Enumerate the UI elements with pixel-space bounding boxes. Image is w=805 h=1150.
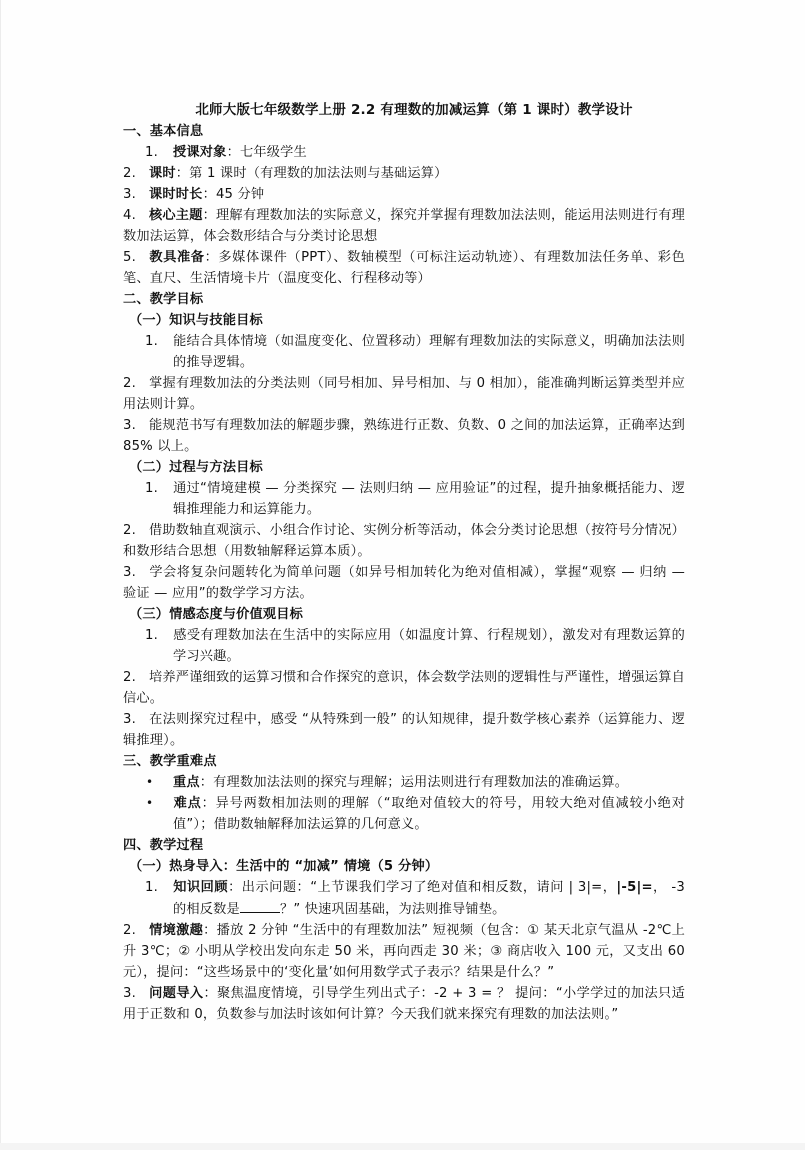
- list-item: 5.教具准备：多媒体课件（PPT）、数轴模型（可标注运动轨迹）、有理数加法任务单…: [123, 247, 685, 289]
- item-label: 难点: [173, 796, 202, 811]
- subsection-heading-knowledge-skills: （一）知识与技能目标: [123, 310, 685, 331]
- subsection-heading-warmup: （一）热身导入：生活中的 “加减” 情境（5 分钟）: [123, 856, 685, 877]
- item-label: 重点: [173, 775, 200, 790]
- section-heading-key-points: 三、教学重难点: [123, 751, 685, 772]
- list-item: 4.核心主题：理解有理数加法的实际意义，探究并掌握有理数加法法则，能运用法则进行…: [123, 205, 685, 247]
- list-item: 3.问题导入：聚焦温度情境，引导学生列出式子：-2 + 3 = ？ 提问：“小学…: [123, 983, 685, 1025]
- item-text: ：第 1 课时（有理数的加法法则与基础运算）: [176, 166, 448, 181]
- bullet-item: •重点：有理数加法法则的探究与理解；运用法则进行有理数加法的准确运算。: [123, 772, 685, 793]
- list-item: 1.感受有理数加法在生活中的实际应用（如温度计算、行程规划），激发对有理数运算的…: [123, 625, 685, 667]
- bullet-item: •难点：异号两数相加法则的理解（“取绝对值较大的符号，用较大绝对值减较小绝对值”…: [123, 793, 685, 835]
- list-item: 1.通过“情境建模 — 分类探究 — 法则归纳 — 应用验证”的过程，提升抽象概…: [123, 478, 685, 520]
- item-text: ：七年级学生: [227, 145, 307, 160]
- list-item: 2.掌握有理数加法的分类法则（同号相加、异号相加、与 0 相加），能准确判断运算…: [123, 373, 685, 415]
- item-text: 在法则探究过程中，感受 “从特殊到一般” 的认知规律，提升数学核心素养（运算能力…: [123, 712, 685, 748]
- item-text: ：播放 2 分钟 “生活中的有理数加法” 短视频（包含：① 某天北京气温从 -2…: [123, 923, 685, 980]
- item-text: ：聚焦温度情境，引导学生列出式子：-2 + 3 = ？ 提问：“小学学过的加法只…: [123, 986, 685, 1022]
- item-number: 3.: [123, 983, 149, 1004]
- item-number: 2.: [123, 520, 149, 541]
- list-item: 2.课时：第 1 课时（有理数的加法法则与基础运算）: [123, 163, 685, 184]
- list-item: 1.能结合具体情境（如温度变化、位置移动）理解有理数加法的实际意义，明确加法法则…: [123, 331, 685, 373]
- item-text: ：理解有理数加法的实际意义，探究并掌握有理数加法法则，能运用法则进行有理数加法运…: [123, 208, 685, 244]
- list-item: 2.借助数轴直观演示、小组合作讨论、实例分析等活动，体会分类讨论思想（按符号分情…: [123, 520, 685, 562]
- item-label: 课时时长: [149, 187, 203, 202]
- item-number: 2.: [123, 920, 149, 941]
- list-item: 3.能规范书写有理数加法的解题步骤，熟练进行正数、负数、0 之间的加法运算，正确…: [123, 415, 685, 457]
- item-text: ：异号两数相加法则的理解（“取绝对值较大的符号，用较大绝对值减较小绝对值”）；借…: [173, 796, 685, 832]
- item-text: ：有理数加法法则的探究与理解；运用法则进行有理数加法的准确运算。: [200, 775, 628, 790]
- item-label: 授课对象: [173, 145, 227, 160]
- item-number: 1.: [145, 478, 173, 499]
- list-item: 1.授课对象：七年级学生: [123, 142, 685, 163]
- item-text: 通过“情境建模 — 分类探究 — 法则归纳 — 应用验证”的过程，提升抽象概括能…: [173, 481, 685, 517]
- list-item: 3.学会将复杂问题转化为简单问题（如异号相加转化为绝对值相减），掌握“观察 — …: [123, 562, 685, 604]
- subsection-heading-emotion-values: （三）情感态度与价值观目标: [123, 604, 685, 625]
- document-title: 北师大版七年级数学上册 2.2 有理数的加减运算（第 1 课时）教学设计: [143, 100, 685, 121]
- item-label: 核心主题: [149, 208, 203, 223]
- item-number: 1.: [145, 877, 173, 898]
- list-item: 1.知识回顾：出示问题：“上节课我们学习了绝对值和相反数，请问 | 3|=，|-…: [123, 877, 685, 920]
- item-text-bold: |-5|=: [616, 880, 652, 895]
- item-number: 1.: [145, 331, 173, 352]
- list-item: 3.课时时长：45 分钟: [123, 184, 685, 205]
- item-number: 2.: [123, 163, 149, 184]
- bullet-icon: •: [146, 772, 173, 793]
- item-number: 3.: [123, 562, 149, 583]
- item-number: 2.: [123, 667, 149, 688]
- item-text: ：多媒体课件（PPT）、数轴模型（可标注运动轨迹）、有理数加法任务单、彩色笔、直…: [123, 250, 685, 286]
- item-number: 3.: [123, 415, 149, 436]
- item-number: 3.: [123, 184, 149, 205]
- item-number: 3.: [123, 709, 149, 730]
- item-text: 借助数轴直观演示、小组合作讨论、实例分析等活动，体会分类讨论思想（按符号分情况）…: [123, 523, 685, 559]
- list-item: 2.情境激趣：播放 2 分钟 “生活中的有理数加法” 短视频（包含：① 某天北京…: [123, 920, 685, 983]
- item-number: 2.: [123, 373, 149, 394]
- list-item: 3.在法则探究过程中，感受 “从特殊到一般” 的认知规律，提升数学核心素养（运算…: [123, 709, 685, 751]
- fill-blank: [240, 898, 280, 913]
- item-text: 掌握有理数加法的分类法则（同号相加、异号相加、与 0 相加），能准确判断运算类型…: [123, 376, 685, 412]
- item-text: 能结合具体情境（如温度变化、位置移动）理解有理数加法的实际意义，明确加法法则的推…: [173, 334, 685, 370]
- item-number: 1.: [145, 142, 173, 163]
- section-heading-teaching-process: 四、教学过程: [123, 835, 685, 856]
- item-label: 问题导入: [149, 986, 203, 1001]
- item-text: ？” 快速巩固基础，为法则推导铺垫。: [280, 902, 506, 917]
- item-text: ：出示问题：“上节课我们学习了绝对值和相反数，请问 | 3|=，: [228, 880, 616, 895]
- item-number: 1.: [145, 625, 173, 646]
- item-label: 情境激趣: [149, 923, 203, 938]
- item-number: 5.: [123, 247, 149, 268]
- document-content: 北师大版七年级数学上册 2.2 有理数的加减运算（第 1 课时）教学设计 一、基…: [123, 100, 685, 1025]
- section-heading-basic-info: 一、基本信息: [123, 121, 685, 142]
- document-page: 北师大版七年级数学上册 2.2 有理数的加减运算（第 1 课时）教学设计 一、基…: [0, 0, 805, 1143]
- section-heading-teaching-goals: 二、教学目标: [123, 289, 685, 310]
- bullet-icon: •: [146, 793, 173, 814]
- item-text: 学会将复杂问题转化为简单问题（如异号相加转化为绝对值相减），掌握“观察 — 归纳…: [123, 565, 685, 601]
- item-text: 培养严谨细致的运算习惯和合作探究的意识，体会数学法则的逻辑性与严谨性，增强运算自…: [123, 670, 685, 706]
- subsection-heading-process-methods: （二）过程与方法目标: [123, 457, 685, 478]
- item-number: 4.: [123, 205, 149, 226]
- item-label: 知识回顾: [173, 880, 228, 895]
- list-item: 2.培养严谨细致的运算习惯和合作探究的意识，体会数学法则的逻辑性与严谨性，增强运…: [123, 667, 685, 709]
- item-text: 能规范书写有理数加法的解题步骤，熟练进行正数、负数、0 之间的加法运算，正确率达…: [123, 418, 685, 454]
- item-text: ：45 分钟: [203, 187, 265, 202]
- item-label: 课时: [149, 166, 176, 181]
- item-label: 教具准备: [149, 250, 205, 265]
- item-text: 感受有理数加法在生活中的实际应用（如温度计算、行程规划），激发对有理数运算的学习…: [173, 628, 685, 664]
